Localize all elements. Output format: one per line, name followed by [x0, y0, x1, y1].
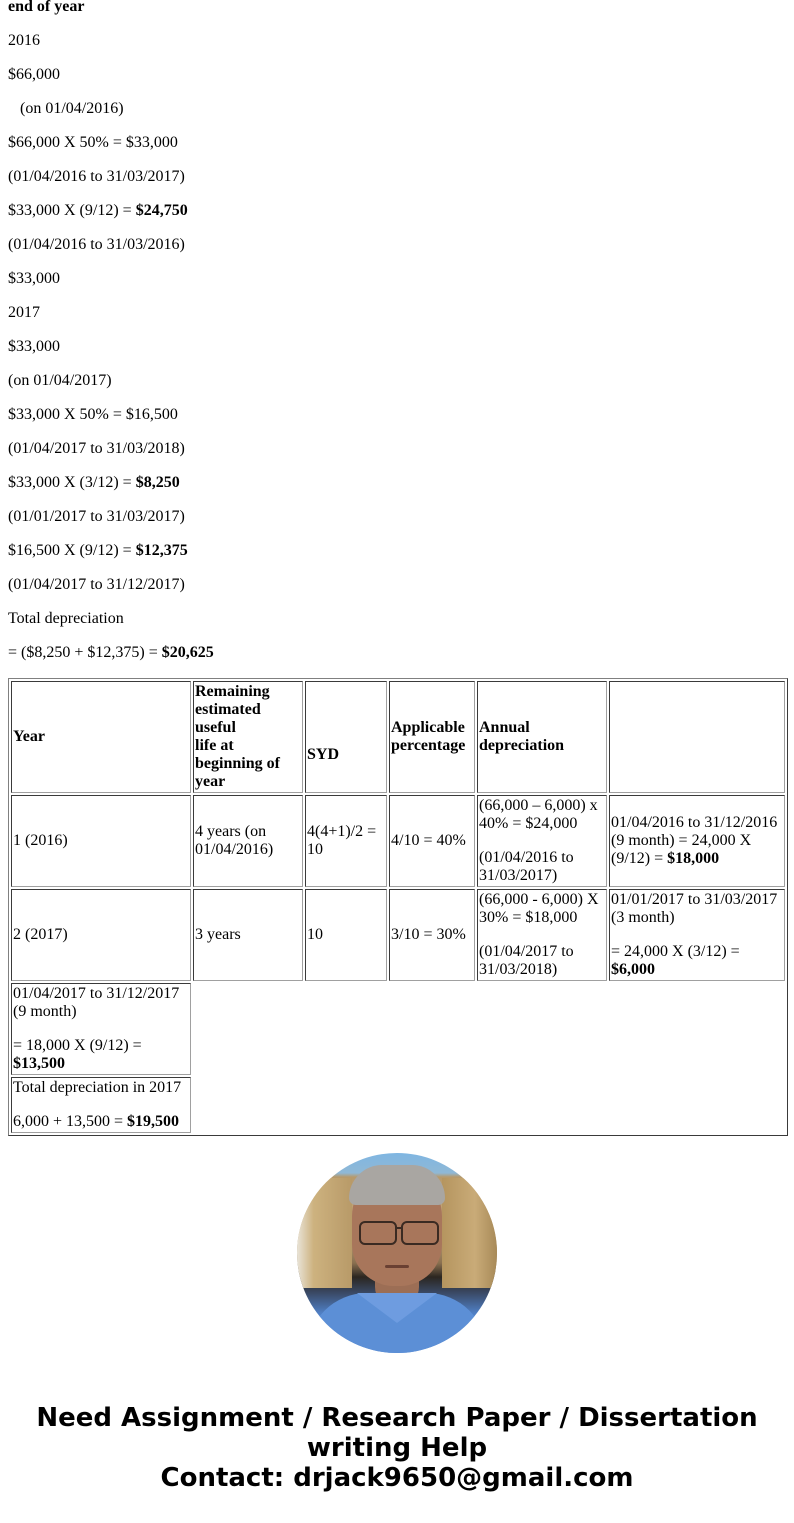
text-fragment: $16,500 X (9/12) = — [8, 542, 136, 559]
avatar — [297, 1153, 497, 1353]
cell-remaining-life: 4 years (on 01/04/2016) — [193, 795, 303, 887]
text-line: $33,000 X (9/12) = $24,750 — [8, 202, 786, 220]
text-line: (on 01/04/2017) — [8, 372, 786, 390]
cell-applicable: 3/10 = 30% — [389, 889, 475, 981]
header-text: useful — [195, 719, 236, 736]
syd-depreciation-table: Year Remaining estimated useful life at … — [8, 678, 788, 1136]
text-line: $16,500 X (9/12) = $12,375 — [8, 542, 786, 560]
header-syd: SYD — [305, 681, 387, 793]
depreciation-amount: $8,250 — [136, 474, 180, 491]
header-remaining-life: Remaining estimated useful life at begin… — [193, 681, 303, 793]
cell-annual-depreciation: (66,000 – 6,000) x 40% = $24,000 (01/04/… — [477, 795, 607, 887]
header-applicable-percentage: Applicable percentage — [389, 681, 475, 793]
header-year: Year — [11, 681, 191, 793]
document-content: end of year 2016 $66,000 (on 01/04/2016)… — [8, 0, 786, 1136]
cell-text: 01/01/2017 to 31/03/2017 (3 month) — [611, 891, 777, 926]
text-line: (on 01/04/2016) — [8, 100, 786, 118]
table-row: Total depreciation in 2017 6,000 + 13,50… — [11, 1077, 785, 1133]
text-fragment: $33,000 X (9/12) = — [8, 202, 136, 219]
cell-remaining-life: 3 years — [193, 889, 303, 981]
cell-amount: $6,000 — [611, 961, 655, 978]
cell-syd: 10 — [305, 889, 387, 981]
cell-annual-depreciation: (66,000 - 6,000) X 30% = $18,000 (01/04/… — [477, 889, 607, 981]
depreciation-amount: $24,750 — [136, 202, 188, 219]
header-text: estimated — [195, 701, 261, 718]
header-text: year — [195, 773, 225, 790]
promo-banner: Need Assignment / Research Paper / Disse… — [0, 1403, 794, 1493]
clipped-heading: end of year — [8, 0, 786, 16]
cell-text: (01/04/2016 to 31/03/2017) — [479, 849, 574, 884]
cell-text: 6,000 + 13,500 = — [13, 1113, 127, 1130]
text-line: 2017 — [8, 304, 786, 322]
header-text: Remaining — [195, 683, 270, 700]
cell-total-2017: Total depreciation in 2017 6,000 + 13,50… — [11, 1077, 191, 1133]
text-fragment: = ($8,250 + $12,375) = — [8, 644, 162, 661]
table-header-row: Year Remaining estimated useful life at … — [11, 681, 785, 793]
text-fragment: $33,000 X (3/12) = — [8, 474, 136, 491]
cell-text: 01/04/2017 to 31/12/2017 (9 month) — [13, 985, 179, 1020]
text-line: = ($8,250 + $12,375) = $20,625 — [8, 644, 786, 662]
text-line: (01/01/2017 to 31/03/2017) — [8, 508, 786, 526]
cell-text: (66,000 – 6,000) x 40% = $24,000 — [479, 797, 598, 832]
text-line: $33,000 X (3/12) = $8,250 — [8, 474, 786, 492]
cell-amount: $13,500 — [13, 1055, 65, 1072]
cell-extra: 01/04/2016 to 31/12/2016 (9 month) = 24,… — [609, 795, 785, 887]
text-line: (01/04/2017 to 31/12/2017) — [8, 576, 786, 594]
table-row: 01/04/2017 to 31/12/2017 (9 month) = 18,… — [11, 983, 785, 1075]
text-line: (01/04/2016 to 31/03/2016) — [8, 236, 786, 254]
cell-text: Total depreciation in 2017 — [13, 1079, 181, 1096]
cell-year: 2 (2017) — [11, 889, 191, 981]
text-line: $66,000 — [8, 66, 786, 84]
table-row: 1 (2016) 4 years (on 01/04/2016) 4(4+1)/… — [11, 795, 785, 887]
header-extra — [609, 681, 785, 793]
text-line: 2016 — [8, 32, 786, 50]
text-line: $33,000 — [8, 338, 786, 356]
table-row: 2 (2017) 3 years 10 3/10 = 30% (66,000 -… — [11, 889, 785, 981]
text-line: (01/04/2016 to 31/03/2017) — [8, 168, 786, 186]
cell-extra: 01/01/2017 to 31/03/2017 (3 month) = 24,… — [609, 889, 785, 981]
promo-line: Need Assignment / Research Paper / Disse… — [0, 1403, 794, 1433]
depreciation-amount: $12,375 — [136, 542, 188, 559]
promo-contact: Contact: drjack9650@gmail.com — [0, 1463, 794, 1493]
text-line: (01/04/2017 to 31/03/2018) — [8, 440, 786, 458]
cell-year: 1 (2016) — [11, 795, 191, 887]
cell-text: (66,000 - 6,000) X 30% = $18,000 — [479, 891, 599, 926]
header-text: life at — [195, 737, 234, 754]
cell-text: = 18,000 X (9/12) = — [13, 1037, 142, 1054]
cell-syd: 4(4+1)/2 = 10 — [305, 795, 387, 887]
cell-amount: $18,000 — [667, 850, 719, 867]
text-line: $33,000 — [8, 270, 786, 288]
header-text: beginning of — [195, 755, 280, 772]
cell-amount: $19,500 — [127, 1113, 179, 1130]
cell-text: = 24,000 X (3/12) = — [611, 943, 740, 960]
cell-partial-year: 01/04/2017 to 31/12/2017 (9 month) = 18,… — [11, 983, 191, 1075]
text-line: Total depreciation — [8, 610, 786, 628]
author-photo — [297, 1153, 497, 1353]
cell-text: (01/04/2017 to 31/03/2018) — [479, 943, 574, 978]
text-line: $33,000 X 50% = $16,500 — [8, 406, 786, 424]
total-depreciation: $20,625 — [162, 644, 214, 661]
cell-applicable: 4/10 = 40% — [389, 795, 475, 887]
promo-line: writing Help — [0, 1433, 794, 1463]
header-annual-depreciation: Annual depreciation — [477, 681, 607, 793]
text-line: $66,000 X 50% = $33,000 — [8, 134, 786, 152]
